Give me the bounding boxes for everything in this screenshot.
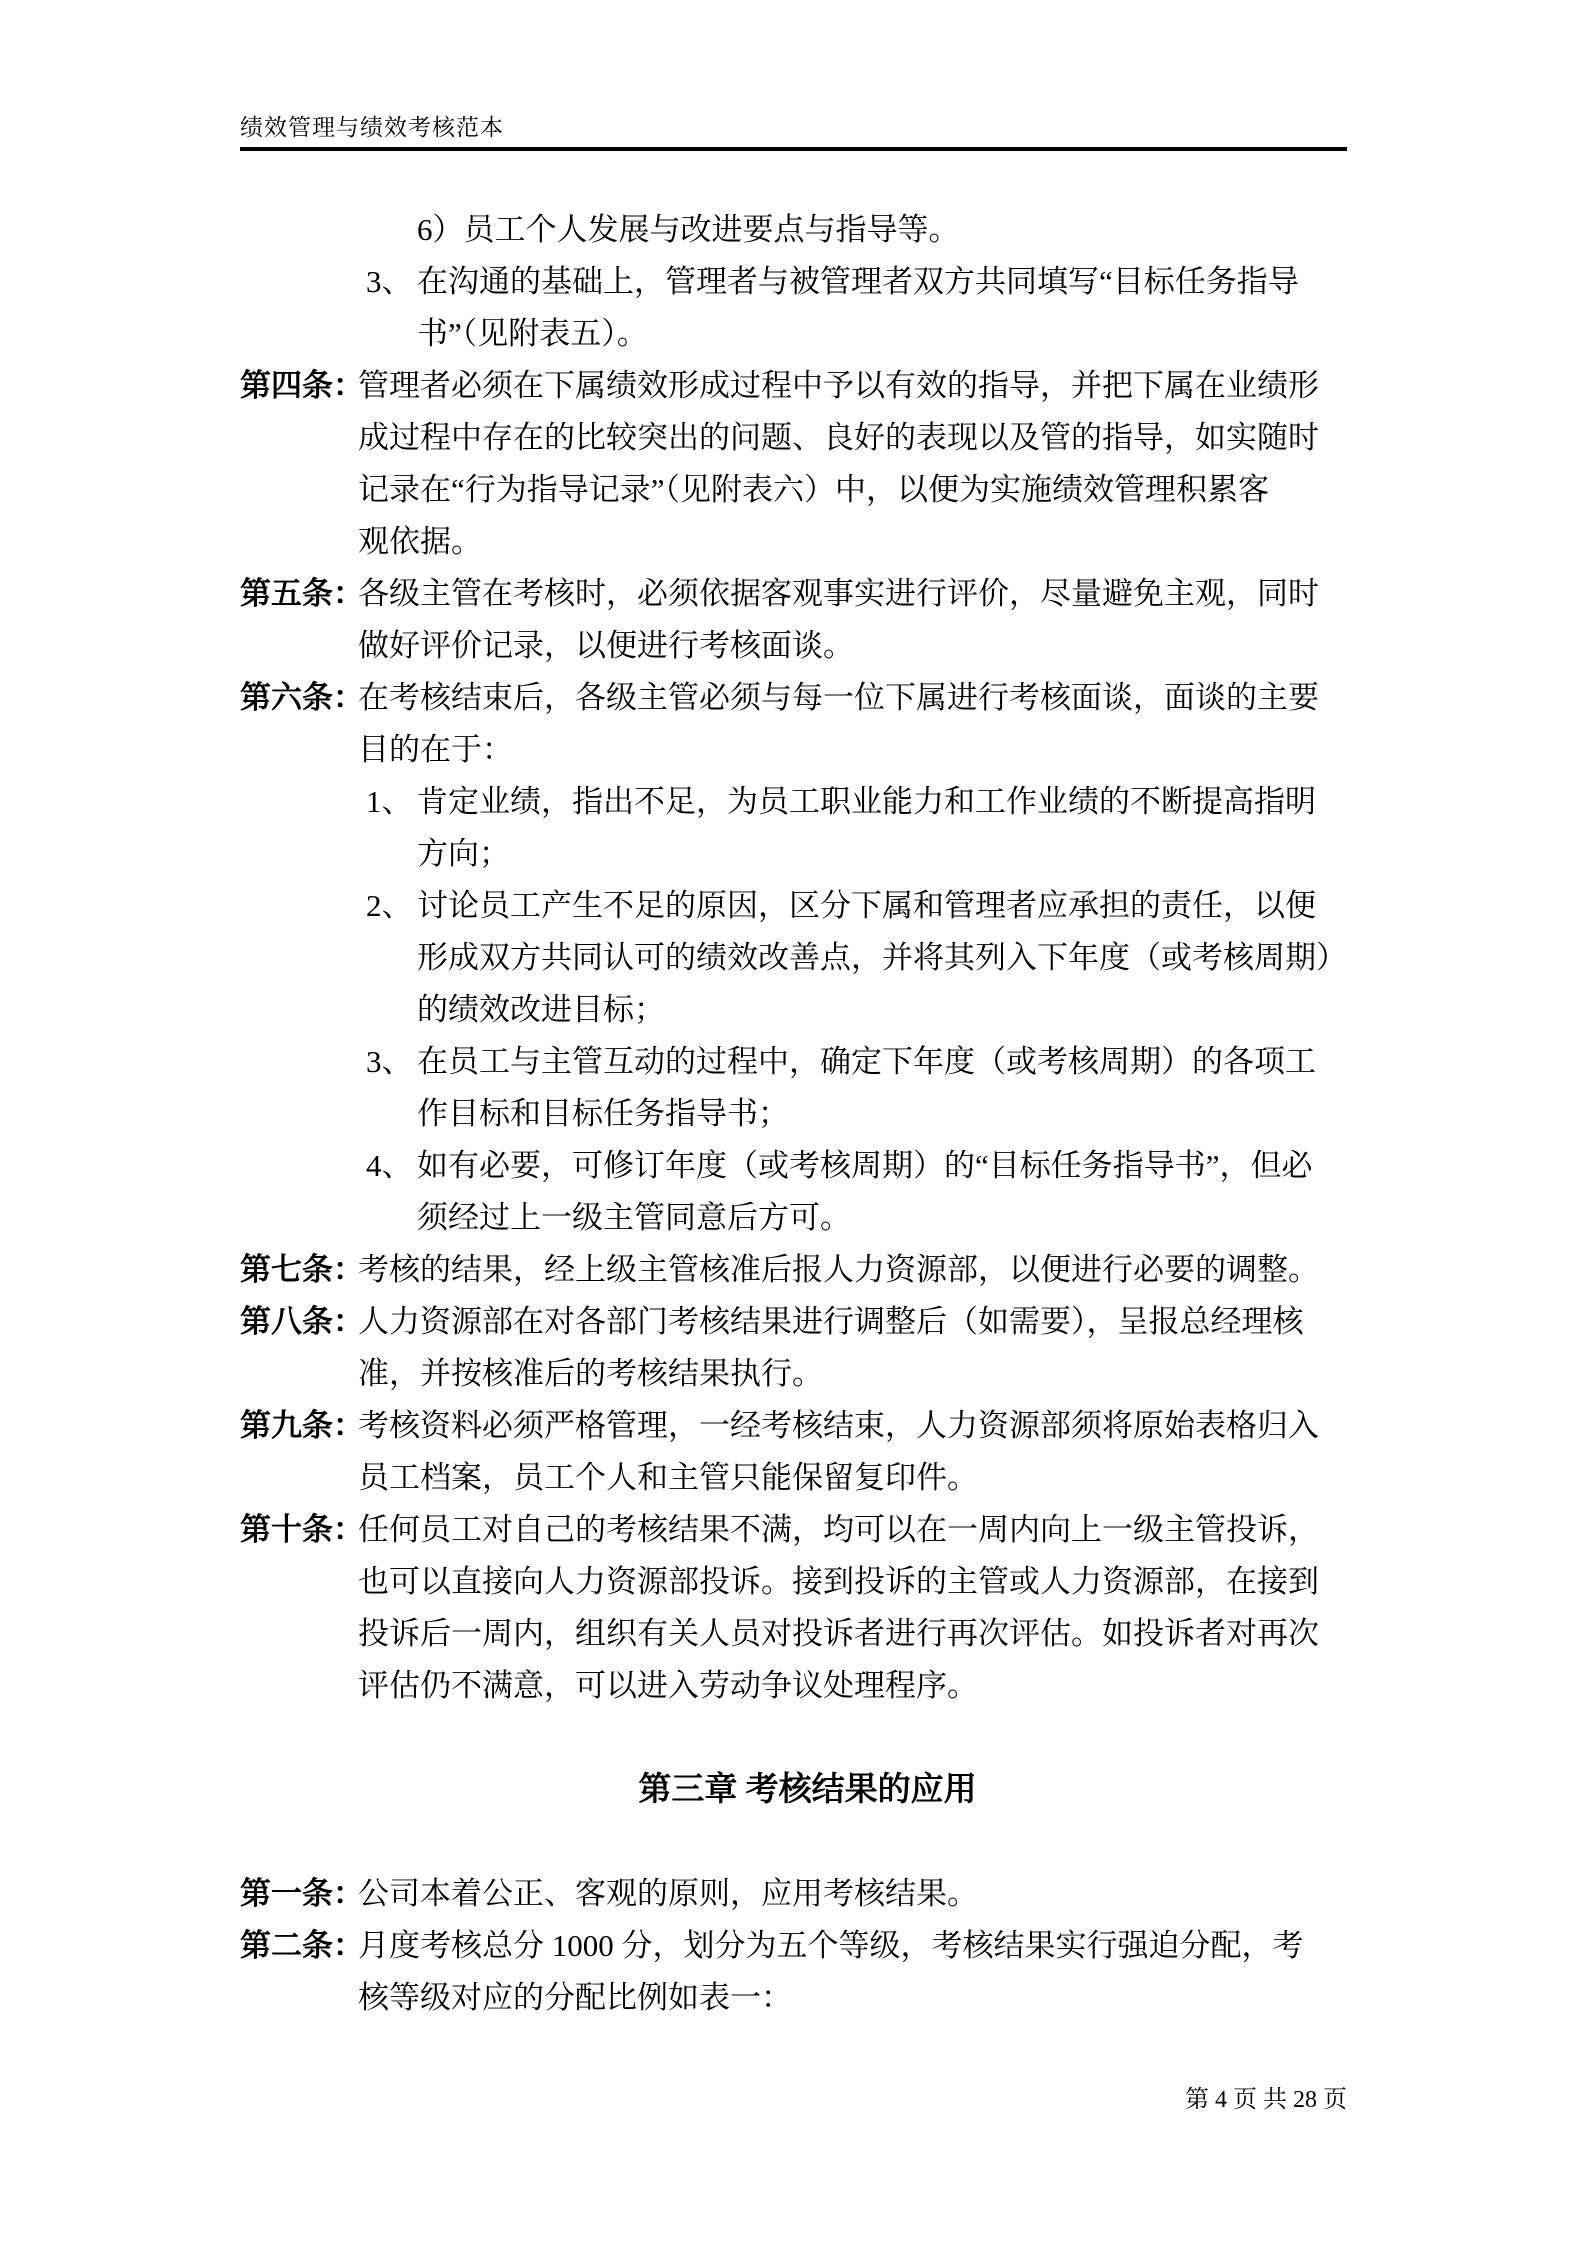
document-line: 成过程中存在的比较突出的问题、良好的表现以及管的指导，如实随时 xyxy=(240,412,1375,464)
line-text: 也可以直接向人力资源部投诉。接到投诉的主管或人力资源部，在接到 xyxy=(358,1564,1319,1599)
line-text: 做好评价记录，以便进行考核面谈。 xyxy=(358,628,854,663)
line-text: 观依据。 xyxy=(358,524,482,559)
document-line: 做好评价记录，以便进行考核面谈。 xyxy=(240,620,1375,672)
document-line: 第五条：各级主管在考核时，必须依据客观事实进行评价，尽量避免主观，同时 xyxy=(240,568,1375,620)
line-text: 员工档案，员工个人和主管只能保留复印件。 xyxy=(358,1460,978,1495)
line-text: 在沟通的基础上，管理者与被管理者双方共同填写“目标任务指导 xyxy=(417,264,1299,299)
document-body: 6）员工个人发展与改进要点与指导等。3、在沟通的基础上，管理者与被管理者双方共同… xyxy=(240,204,1375,2024)
line-text: 目的在于： xyxy=(358,732,513,767)
clause-label: 第五条： xyxy=(240,568,358,620)
document-line: 作目标和目标任务指导书； xyxy=(240,1088,1375,1140)
document-line: 须经过上一级主管同意后方可。 xyxy=(240,1192,1375,1244)
document-line: 投诉后一周内，组织有关人员对投诉者进行再次评估。如投诉者对再次 xyxy=(240,1608,1375,1660)
document-line: 第一条：公司本着公正、客观的原则，应用考核结果。 xyxy=(240,1868,1375,1920)
document-line: 第二条：月度考核总分 1000 分，划分为五个等级，考核结果实行强迫分配，考 xyxy=(240,1920,1375,1972)
document-page: 绩效管理与绩效考核范本 6）员工个人发展与改进要点与指导等。3、在沟通的基础上，… xyxy=(0,0,1587,2245)
line-text: 肯定业绩，指出不足，为员工职业能力和工作业绩的不断提高指明 xyxy=(417,784,1316,819)
document-line: 第四条：管理者必须在下属绩效形成过程中予以有效的指导，并把下属在业绩形 xyxy=(240,360,1375,412)
page-header-title: 绩效管理与绩效考核范本 xyxy=(240,116,504,139)
blank-line xyxy=(240,1816,1375,1868)
clause-label: 第七条： xyxy=(240,1244,358,1296)
line-text: 管理者必须在下属绩效形成过程中予以有效的指导，并把下属在业绩形 xyxy=(358,368,1319,403)
document-line: 第九条：考核资料必须严格管理，一经考核结束，人力资源部须将原始表格归入 xyxy=(240,1400,1375,1452)
document-line: 4、如有必要，可修订年度（或考核周期）的“目标任务指导书”，但必 xyxy=(240,1140,1375,1192)
document-line: 第八条：人力资源部在对各部门考核结果进行调整后（如需要），呈报总经理核 xyxy=(240,1296,1375,1348)
line-text: 考核资料必须严格管理，一经考核结束，人力资源部须将原始表格归入 xyxy=(358,1408,1319,1443)
line-text: 6）员工个人发展与改进要点与指导等。 xyxy=(417,212,960,247)
document-line: 3、在员工与主管互动的过程中，确定下年度（或考核周期）的各项工 xyxy=(240,1036,1375,1088)
document-line: 评估仍不满意，可以进入劳动争议处理程序。 xyxy=(240,1660,1375,1712)
document-line: 1、肯定业绩，指出不足，为员工职业能力和工作业绩的不断提高指明 xyxy=(240,776,1375,828)
line-text: 各级主管在考核时，必须依据客观事实进行评价，尽量避免主观，同时 xyxy=(358,576,1319,611)
clause-label: 第十条： xyxy=(240,1504,358,1556)
list-number: 3、 xyxy=(366,256,417,308)
clause-label: 第二条： xyxy=(240,1920,358,1972)
document-line: 准，并按核准后的考核结果执行。 xyxy=(240,1348,1375,1400)
document-line: 2、讨论员工产生不足的原因，区分下属和管理者应承担的责任，以便 xyxy=(240,880,1375,932)
document-line: 3、在沟通的基础上，管理者与被管理者双方共同填写“目标任务指导 xyxy=(240,256,1375,308)
line-text: 第三章 考核结果的应用 xyxy=(638,1772,976,1808)
line-text: 评估仍不满意，可以进入劳动争议处理程序。 xyxy=(358,1668,978,1703)
line-text: 月度考核总分 1000 分，划分为五个等级，考核结果实行强迫分配，考 xyxy=(358,1928,1304,1963)
line-text: 形成双方共同认可的绩效改善点，并将其列入下年度（或考核周期） xyxy=(417,940,1347,975)
document-line: 第七条：考核的结果，经上级主管核准后报人力资源部，以便进行必要的调整。 xyxy=(240,1244,1375,1296)
document-line: 目的在于： xyxy=(240,724,1375,776)
line-text: 准，并按核准后的考核结果执行。 xyxy=(358,1356,823,1391)
document-line: 方向； xyxy=(240,828,1375,880)
document-line: 第六条：在考核结束后，各级主管必须与每一位下属进行考核面谈，面谈的主要 xyxy=(240,672,1375,724)
line-text: 考核的结果，经上级主管核准后报人力资源部，以便进行必要的调整。 xyxy=(358,1252,1319,1287)
clause-label: 第四条： xyxy=(240,360,358,412)
line-text: 公司本着公正、客观的原则，应用考核结果。 xyxy=(358,1876,978,1911)
list-number: 4、 xyxy=(366,1140,417,1192)
list-number: 3、 xyxy=(366,1036,417,1088)
line-text: 方向； xyxy=(417,836,510,871)
line-text: 成过程中存在的比较突出的问题、良好的表现以及管的指导，如实随时 xyxy=(358,420,1319,455)
line-text: 在员工与主管互动的过程中，确定下年度（或考核周期）的各项工 xyxy=(417,1044,1316,1079)
clause-label: 第一条： xyxy=(240,1868,358,1920)
document-line: 也可以直接向人力资源部投诉。接到投诉的主管或人力资源部，在接到 xyxy=(240,1556,1375,1608)
clause-label: 第六条： xyxy=(240,672,358,724)
document-line: 核等级对应的分配比例如表一： xyxy=(240,1972,1375,2024)
line-text: 投诉后一周内，组织有关人员对投诉者进行再次评估。如投诉者对再次 xyxy=(358,1616,1319,1651)
line-text: 作目标和目标任务指导书； xyxy=(417,1096,789,1131)
list-number: 1、 xyxy=(366,776,417,828)
document-line: 书”（见附表五）。 xyxy=(240,308,1375,360)
list-number: 2、 xyxy=(366,880,417,932)
clause-label: 第九条： xyxy=(240,1400,358,1452)
line-text: 人力资源部在对各部门考核结果进行调整后（如需要），呈报总经理核 xyxy=(358,1304,1304,1339)
document-line: 形成双方共同认可的绩效改善点，并将其列入下年度（或考核周期） xyxy=(240,932,1375,984)
document-line: 6）员工个人发展与改进要点与指导等。 xyxy=(240,204,1375,256)
clause-label: 第八条： xyxy=(240,1296,358,1348)
header-divider xyxy=(240,147,1347,151)
footer-page-number: 第 4 页 共 28 页 xyxy=(1185,2086,1347,2115)
document-line: 记录在“行为指导记录”（见附表六）中，以便为实施绩效管理积累客 xyxy=(240,464,1375,516)
line-text: 须经过上一级主管同意后方可。 xyxy=(417,1200,851,1235)
line-text: 书”（见附表五）。 xyxy=(417,316,648,351)
line-text: 如有必要，可修订年度（或考核周期）的“目标任务指导书”，但必 xyxy=(417,1148,1313,1183)
line-text: 的绩效改进目标； xyxy=(417,992,665,1027)
document-line: 的绩效改进目标； xyxy=(240,984,1375,1036)
document-line: 观依据。 xyxy=(240,516,1375,568)
line-text: 核等级对应的分配比例如表一： xyxy=(358,1980,792,2015)
document-line: 第十条：任何员工对自己的考核结果不满，均可以在一周内向上一级主管投诉， xyxy=(240,1504,1375,1556)
line-text: 讨论员工产生不足的原因，区分下属和管理者应承担的责任，以便 xyxy=(417,888,1316,923)
line-text: 在考核结束后，各级主管必须与每一位下属进行考核面谈，面谈的主要 xyxy=(358,680,1319,715)
blank-line xyxy=(240,1712,1375,1764)
chapter-heading: 第三章 考核结果的应用 xyxy=(240,1764,1375,1816)
document-line: 员工档案，员工个人和主管只能保留复印件。 xyxy=(240,1452,1375,1504)
line-text: 记录在“行为指导记录”（见附表六）中，以便为实施绩效管理积累客 xyxy=(358,472,1269,507)
line-text: 任何员工对自己的考核结果不满，均可以在一周内向上一级主管投诉， xyxy=(358,1512,1319,1547)
